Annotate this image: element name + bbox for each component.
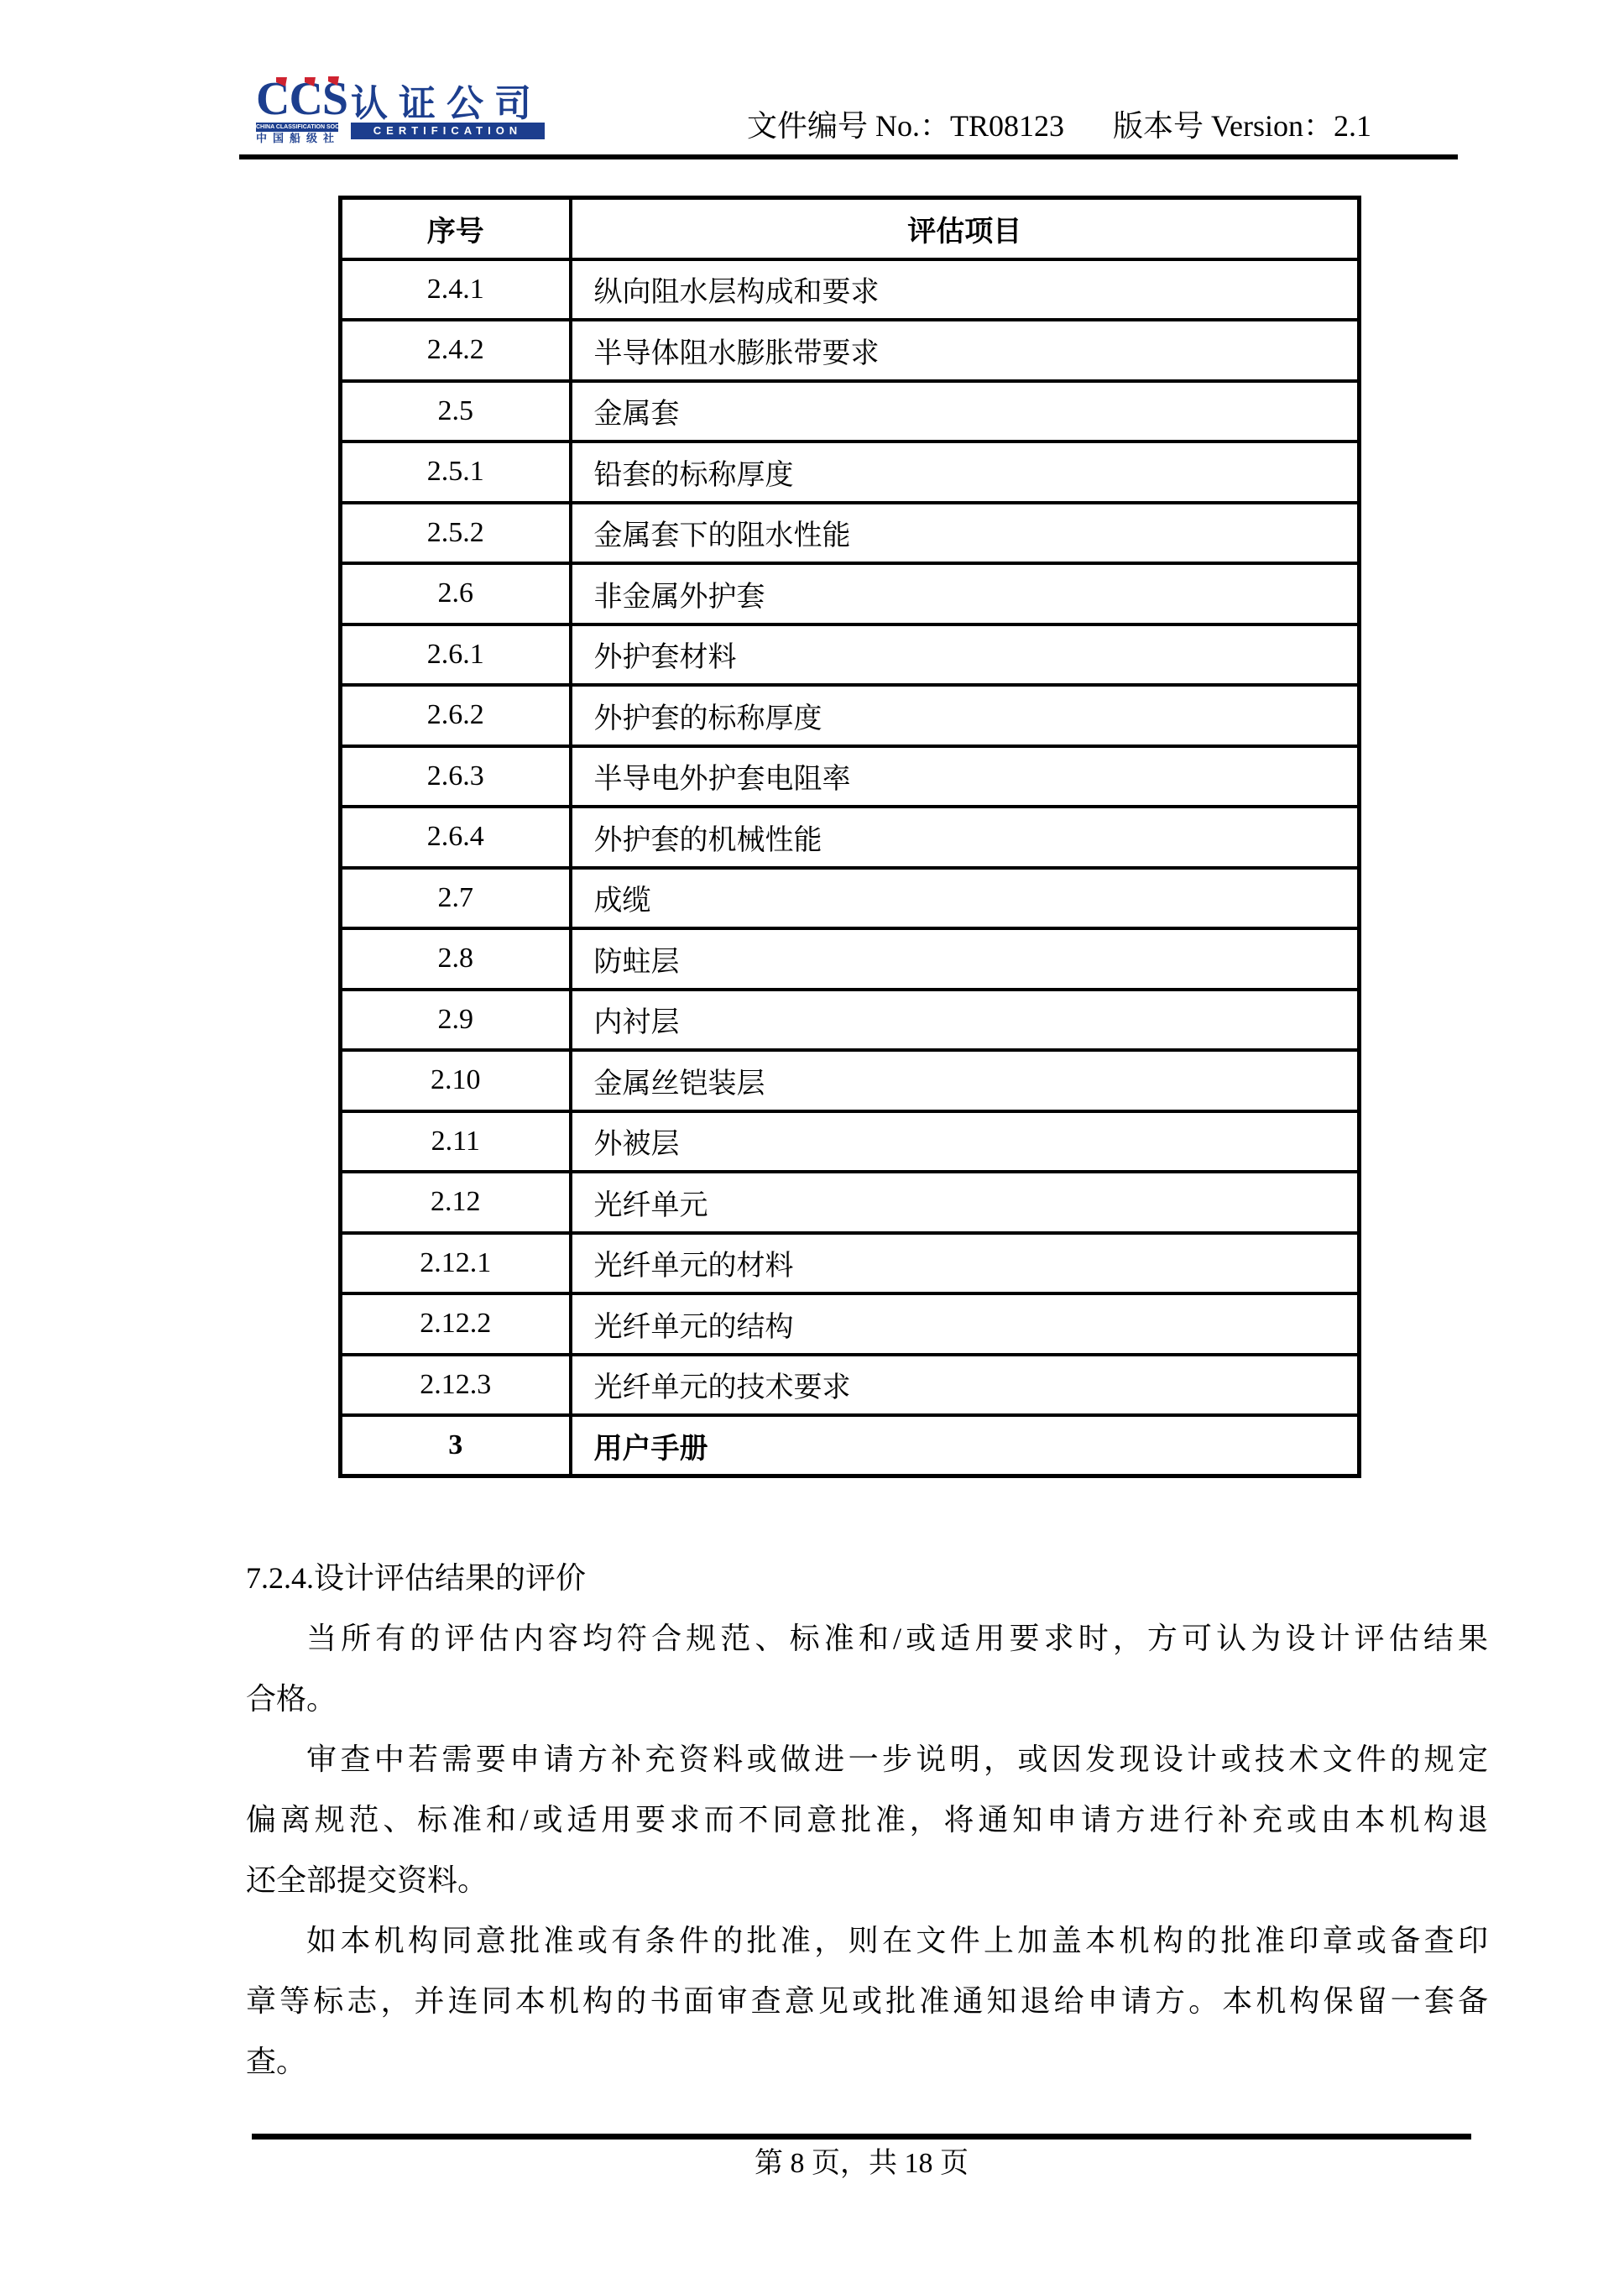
row-serial-number: 2.11 (341, 1111, 571, 1173)
row-serial-number: 2.7 (341, 868, 571, 929)
row-serial-number: 2.5 (341, 381, 571, 442)
table-row: 2.4.2半导体阻水膨胀带要求 (341, 320, 1360, 381)
table-row: 2.5.2金属套下的阻水性能 (341, 503, 1360, 564)
table-row: 2.4.1纵向阻水层构成和要求 (341, 259, 1360, 321)
row-evaluation-item: 铅套的标称厚度 (571, 441, 1360, 503)
body-text-line: 查。 (246, 2031, 1488, 2092)
row-serial-number: 3 (341, 1415, 571, 1476)
logo-society-cn: 中国船级社 (256, 133, 338, 144)
table-row: 2.9内衬层 (341, 990, 1360, 1051)
body-text-line: 7.2.4.设计评估结果的评价 (246, 1548, 1488, 1608)
row-serial-number: 2.6.2 (341, 685, 571, 746)
row-evaluation-item: 半导体阻水膨胀带要求 (571, 320, 1360, 381)
table-row: 2.12.2光纤单元的结构 (341, 1293, 1360, 1355)
body-text-line: 章等标志，并连同本机构的书面审查意见或批准通知退给申请方。本机构保留一套备 (246, 1971, 1488, 2031)
table-row: 2.7成缆 (341, 868, 1360, 929)
table-row: 2.6.4外护套的机械性能 (341, 807, 1360, 868)
table-row: 2.6.1外护套材料 (341, 624, 1360, 686)
row-serial-number: 2.6 (341, 563, 571, 624)
row-serial-number: 2.4.1 (341, 259, 571, 321)
body-text-line: 当所有的评估内容均符合规范、标准和/或适用要求时，方可认为设计评估结果 (246, 1608, 1488, 1669)
table-row: 2.5.1铅套的标称厚度 (341, 441, 1360, 503)
row-evaluation-item: 外护套材料 (571, 624, 1360, 686)
row-evaluation-item: 半导电外护套电阻率 (571, 746, 1360, 807)
document-meta: 文件编号 No.：TR08123版本号 Version：2.1 (747, 107, 1469, 144)
row-serial-number: 2.5.1 (341, 441, 571, 503)
logo-certification-label: CERTIFICATION (351, 123, 545, 139)
table-row: 2.8防蛀层 (341, 928, 1360, 990)
row-evaluation-item: 外被层 (571, 1111, 1360, 1173)
row-evaluation-item: 用户手册 (571, 1415, 1360, 1476)
table-row: 3用户手册 (341, 1415, 1360, 1476)
table-row: 2.10金属丝铠装层 (341, 1050, 1360, 1111)
row-evaluation-item: 成缆 (571, 868, 1360, 929)
row-serial-number: 2.10 (341, 1050, 571, 1111)
row-evaluation-item: 外护套的机械性能 (571, 807, 1360, 868)
body-text-line: 还全部提交资料。 (246, 1850, 1488, 1910)
doc-version: 版本号 Version：2.1 (1113, 109, 1371, 143)
row-serial-number: 2.6.4 (341, 807, 571, 868)
row-serial-number: 2.12.3 (341, 1355, 571, 1416)
row-evaluation-item: 纵向阻水层构成和要求 (571, 259, 1360, 321)
body-text-line: 合格。 (246, 1669, 1488, 1729)
document-page: CCS 认证公司 CHINA CLASSIFICATION SOCIETY 中国… (0, 0, 1624, 2278)
eval-table-body: 2.4.1纵向阻水层构成和要求2.4.2半导体阻水膨胀带要求2.5金属套2.5.… (341, 259, 1360, 1476)
row-evaluation-item: 非金属外护套 (571, 563, 1360, 624)
row-serial-number: 2.8 (341, 928, 571, 990)
row-serial-number: 2.6.1 (341, 624, 571, 686)
table-row: 2.6.3半导电外护套电阻率 (341, 746, 1360, 807)
table-row: 2.12.3光纤单元的技术要求 (341, 1355, 1360, 1416)
logo-brand-cn: 认证公司 (351, 86, 542, 123)
row-evaluation-item: 内衬层 (571, 990, 1360, 1051)
row-serial-number: 2.9 (341, 990, 571, 1051)
row-evaluation-item: 金属丝铠装层 (571, 1050, 1360, 1111)
doc-number: 文件编号 No.：TR08123 (747, 109, 1064, 143)
evaluation-items-table: 序号 评估项目 2.4.1纵向阻水层构成和要求2.4.2半导体阻水膨胀带要求2.… (338, 196, 1361, 1478)
logo-society-en: CHINA CLASSIFICATION SOCIETY (256, 123, 338, 132)
body-text-line: 如本机构同意批准或有条件的批准，则在文件上加盖本机构的批准印章或备查印 (246, 1910, 1488, 1971)
row-serial-number: 2.12 (341, 1172, 571, 1233)
body-text-line: 审查中若需要申请方补充资料或做进一步说明，或因发现设计或技术文件的规定 (246, 1729, 1488, 1789)
row-serial-number: 2.12.1 (341, 1233, 571, 1294)
table-row: 2.12光纤单元 (341, 1172, 1360, 1233)
column-header-serial: 序号 (341, 198, 571, 259)
page-number: 第 8 页，共 18 页 (252, 2145, 1471, 2182)
row-serial-number: 2.5.2 (341, 503, 571, 564)
table-header-row: 序号 评估项目 (341, 198, 1360, 259)
row-evaluation-item: 光纤单元 (571, 1172, 1360, 1233)
table-row: 2.6非金属外护套 (341, 563, 1360, 624)
footer-rule (252, 2134, 1471, 2140)
row-serial-number: 2.4.2 (341, 320, 571, 381)
column-header-item: 评估项目 (571, 198, 1360, 259)
row-evaluation-item: 光纤单元的技术要求 (571, 1355, 1360, 1416)
table-row: 2.12.1光纤单元的材料 (341, 1233, 1360, 1294)
body-text-block: 7.2.4.设计评估结果的评价当所有的评估内容均符合规范、标准和/或适用要求时，… (246, 1548, 1488, 2092)
row-evaluation-item: 光纤单元的材料 (571, 1233, 1360, 1294)
row-evaluation-item: 金属套 (571, 381, 1360, 442)
row-evaluation-item: 光纤单元的结构 (571, 1293, 1360, 1355)
body-text-line: 偏离规范、标准和/或适用要求而不同意批准，将通知申请方进行补充或由本机构退 (246, 1789, 1488, 1850)
row-evaluation-item: 金属套下的阻水性能 (571, 503, 1360, 564)
table-row: 2.6.2外护套的标称厚度 (341, 685, 1360, 746)
table-row: 2.11外被层 (341, 1111, 1360, 1173)
row-serial-number: 2.12.2 (341, 1293, 571, 1355)
table-row: 2.5金属套 (341, 381, 1360, 442)
row-evaluation-item: 外护套的标称厚度 (571, 685, 1360, 746)
header-rule (239, 154, 1458, 159)
row-serial-number: 2.6.3 (341, 746, 571, 807)
ccs-logo: CCS 认证公司 CHINA CLASSIFICATION SOCIETY 中国… (256, 81, 550, 146)
row-evaluation-item: 防蛀层 (571, 928, 1360, 990)
